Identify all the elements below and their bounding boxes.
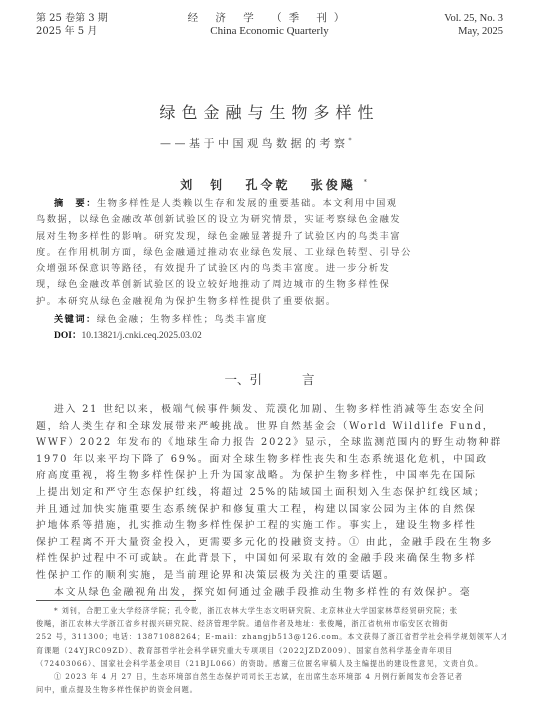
section-heading: 一、引言 [0,370,539,388]
author-name: 张俊飚 [311,178,356,192]
body-text: 进入 21 世纪以来，极端气候事件频发、荒漠化加剧、生物多样性消减等生态安全问 … [36,402,500,601]
subtitle-footnote-mark: * [349,137,356,144]
author-name: 孔令乾 [245,178,290,192]
body-line: 护地体系等措施，扎实推动生物多样性保护工程的实施工作。事实上，建设生物多样性 [36,518,500,535]
date-en: May, 2025 [444,25,503,38]
volume-issue-en: Vol. 25, No. 3 [444,12,503,25]
body-line: 府高度重视，将生物多样性保护上升为国家战略。为保护生物多样性，中国率先在国际 [36,468,500,485]
footnote-line: * 刘钊，合肥工业大学经济学院；孔令乾，浙江农林大学生态文明研究院、北京林业大学… [36,604,506,617]
footnote-line: 252 号，311300；电话：13871088264；E-mail：zhang… [36,630,506,643]
article-subtitle: ——基于中国观鸟数据的考察* [160,135,355,151]
body-line: 并且通过加快实施重要生态系统保护和修复重大工程，构建以国家公园为主体的自然保 [36,502,500,519]
abstract-line: 度。在作用机制方面，绿色金融通过推动农业绿色发展、工业绿色转型、引导公 [36,245,500,261]
abstract-label: 摘 要： [54,198,97,209]
abstract-line: 展对生物多样性的影响。研究发现，绿色金融显著提升了试验区内的鸟类丰富 [36,229,500,245]
abstract-line: 现，绿色金融改革创新试验区的设立较好地推动了周边城市的生物多样性保 [36,277,500,293]
section-title-end: 言 [302,372,315,387]
body-line: 性保护工作的顺利实施，是当前理论界和决策层极为关注的重要话题。 [36,568,500,585]
keywords-value: 绿色金融；生物多样性；鸟类丰富度 [97,314,268,325]
doi-label: DOI： [54,331,81,341]
footnote-line: （72403066）、国家社会科学基金项目（21BJL066）的资助。感谢三位匿… [36,657,506,670]
abstract-line: 鸟数据，以绿色金融改革创新试验区的设立为研究情景，实证考察绿色金融发 [36,212,500,228]
keywords: 关键词：绿色金融；生物多样性；鸟类丰富度 [54,311,268,325]
body-line: WWF）2022 年发布的《地球生命力报告 2022》显示，全球监测范围内的野生… [36,435,500,452]
body-line: 保护工程离不开大量资金投入，更需要多元化的投融资支持。① 由此，金融手段在生物多 [36,535,500,552]
author-list: 刘 钊 孔令乾 张俊飚* [0,176,539,193]
footnote-line: 育课题（24YJRC09ZD）、教育部哲学社会科学研究重大专项项目（2022JZ… [36,644,506,657]
abstract-line: 众增强环保意识等路径，有效提升了试验区内的鸟类丰富度。进一步分析发 [36,261,500,277]
footnotes: * 刘钊，合肥工业大学经济学院；孔令乾，浙江农林大学生态文明研究院、北京林业大学… [36,604,506,696]
doi-value: 10.13821/j.cnki.ceq.2025.03.02 [81,331,201,341]
header-right: Vol. 25, No. 3 May, 2025 [444,12,503,38]
abstract: 摘 要：生物多样性是人类赖以生存和发展的重要基础。本文利用中国观 鸟数据，以绿色… [36,196,500,310]
abstract-line: 护。本研究从绿色金融视角为保护生物多样性提供了重要依据。 [36,294,500,310]
body-line: 1970 年以来平均下降了 69%。面对全球生物多样性丧失和生态系统退化危机，中… [36,452,500,469]
body-line: 上提出划定和严守生态保护红线，将超过 25%的陆域国土面积划入生态保护红线区域； [36,485,500,502]
footnote-line: 俊飚，浙江农林大学浙江省乡村振兴研究院、经济管理学院。通信作者及地址：张俊飚，浙… [36,617,506,630]
body-line: 本文从绿色金融视角出发，探究如何通过金融手段推动生物多样性的有效保护。毫 [36,585,500,602]
footnote-line: ① 2023 年 4 月 27 日，生态环境部自然生态保护司司长王志斌，在出席生… [36,670,506,683]
body-line: 题，给人类生存和全球发展带来严峻挑战。世界自然基金会（World Wildlif… [36,419,500,436]
body-line: 样性保护过程中不可或缺。在此背景下，中国如何采取有效的金融手段来确保生物多样 [36,551,500,568]
footnote-line: 问中，重点提及生物多样性保护的资金问题。 [36,683,506,696]
doi: DOI：10.13821/j.cnki.ceq.2025.03.02 [54,327,202,341]
subtitle-text: ——基于中国观鸟数据的考察 [160,137,349,150]
footnote-divider [36,600,196,601]
body-line: 进入 21 世纪以来，极端气候事件频发、荒漠化加剧、生物多样性消减等生态安全问 [36,402,500,419]
article-title: 绿色金融与生物多样性 [0,100,539,123]
author-footnote-mark: * [364,179,367,186]
author-name: 刘 钊 [180,178,225,192]
keywords-label: 关键词： [54,314,97,325]
abstract-line: 摘 要：生物多样性是人类赖以生存和发展的重要基础。本文利用中国观 [36,196,500,212]
section-number: 一、引 [224,372,262,387]
